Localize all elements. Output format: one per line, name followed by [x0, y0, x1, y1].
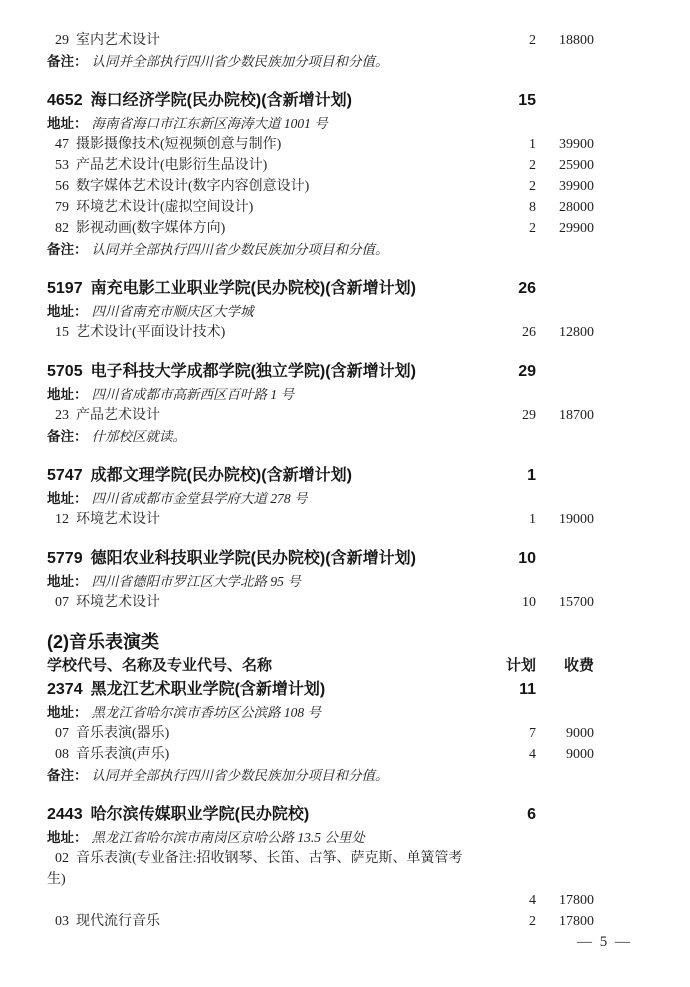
major-fee: 18800 — [536, 30, 594, 51]
major-plan: 2 — [478, 218, 536, 239]
major-fee: 39900 — [536, 176, 594, 197]
major-code: 79 — [47, 197, 76, 218]
address-text: 黑龙江省哈尔滨市香坊区公滨路 108 号 — [92, 705, 322, 720]
major-name-cell: 15艺术设计(平面设计技术) — [47, 322, 478, 343]
major-row: 03现代流行音乐217800 — [47, 911, 594, 932]
address-text: 海南省海口市江东新区海涛大道 1001 号 — [92, 116, 328, 131]
address-text: 四川省南充市顺庆区大学城 — [92, 304, 254, 319]
major-name-cell: 07音乐表演(器乐) — [47, 723, 478, 744]
major-plan: 2 — [478, 30, 536, 51]
school-name: 南充电影工业职业学院(民办院校)(含新增计划) — [91, 280, 416, 297]
school-name-cell: 4652海口经济学院(民办院校)(含新增计划) — [47, 89, 478, 113]
document-page: 29室内艺术设计218800备注：认同并全部执行四川省少数民族加分项目和分值。4… — [0, 0, 690, 987]
school-name-cell: 5779德阳农业科技职业学院(民办院校)(含新增计划) — [47, 547, 478, 571]
table-header-row: 学校代号、名称及专业代号、名称计划收费 — [47, 655, 594, 676]
school-name: 哈尔滨传媒职业学院(民办院校) — [91, 806, 310, 823]
section-heading-text: (2)音乐表演类 — [47, 629, 594, 655]
major-code: 29 — [47, 30, 76, 51]
address-label: 地址： — [47, 491, 92, 506]
major-name-cell: 23产品艺术设计 — [47, 405, 478, 426]
major-row: 08音乐表演(声乐)49000 — [47, 744, 594, 765]
major-fee: 29900 — [536, 218, 594, 239]
major-name: 环境艺术设计 — [76, 595, 160, 610]
school-plan-total: 26 — [478, 277, 536, 301]
major-code: 08 — [47, 744, 76, 765]
major-fee: 17800 — [536, 911, 594, 932]
major-code: 03 — [47, 911, 76, 932]
major-name: 摄影摄像技术(短视频创意与制作) — [76, 137, 281, 152]
major-row: 82影视动画(数字媒体方向)229900 — [47, 218, 594, 239]
major-row: 23产品艺术设计2918700 — [47, 405, 594, 426]
address-label: 地址： — [47, 830, 92, 845]
school-row: 4652海口经济学院(民办院校)(含新增计划)15 — [47, 89, 594, 113]
school-name: 成都文理学院(民办院校)(含新增计划) — [91, 467, 352, 484]
column-header-name: 学校代号、名称及专业代号、名称 — [47, 655, 478, 676]
school-plan-total: 10 — [478, 547, 536, 571]
note-text: 什邡校区就读。 — [92, 429, 187, 444]
major-fee: 39900 — [536, 134, 594, 155]
major-code: 53 — [47, 155, 76, 176]
school-plan-total: 15 — [478, 89, 536, 113]
major-name: 影视动画(数字媒体方向) — [76, 221, 225, 236]
school-row: 2443哈尔滨传媒职业学院(民办院校)6 — [47, 803, 594, 827]
major-row: 07音乐表演(器乐)79000 — [47, 723, 594, 744]
address-row: 地址：海南省海口市江东新区海涛大道 1001 号 — [47, 113, 594, 134]
note-cell: 备注：认同并全部执行四川省少数民族加分项目和分值。 — [47, 51, 594, 72]
major-fee: 18700 — [536, 405, 594, 426]
major-name-cell: 08音乐表演(声乐) — [47, 744, 478, 765]
major-name: 音乐表演(声乐) — [76, 747, 169, 762]
major-name: 现代流行音乐 — [76, 914, 160, 929]
address-label: 地址： — [47, 304, 92, 319]
note-label: 备注： — [47, 768, 92, 783]
major-name: 数字媒体艺术设计(数字内容创意设计) — [76, 179, 309, 194]
major-plan: 2 — [478, 155, 536, 176]
note-row: 备注：什邡校区就读。 — [47, 426, 594, 447]
address-row: 地址：四川省德阳市罗江区大学北路 95 号 — [47, 571, 594, 592]
address-cell: 地址：黑龙江省哈尔滨市香坊区公滨路 108 号 — [47, 702, 594, 723]
note-label: 备注： — [47, 242, 92, 257]
school-code: 5779 — [47, 550, 91, 567]
note-label: 备注： — [47, 54, 92, 69]
major-row: 29室内艺术设计218800 — [47, 30, 594, 51]
school-name-cell: 2374黑龙江艺术职业学院(含新增计划) — [47, 678, 478, 702]
school-code: 2443 — [47, 806, 91, 823]
address-row: 地址：四川省南充市顺庆区大学城 — [47, 301, 594, 322]
address-row: 地址：四川省成都市高新西区百叶路 1 号 — [47, 384, 594, 405]
note-row: 备注：认同并全部执行四川省少数民族加分项目和分值。 — [47, 51, 594, 72]
school-row: 5197南充电影工业职业学院(民办院校)(含新增计划)26 — [47, 277, 594, 301]
major-name-cell: 79环境艺术设计(虚拟空间设计) — [47, 197, 478, 218]
school-name: 黑龙江艺术职业学院(含新增计划) — [91, 681, 326, 698]
address-cell: 地址：四川省南充市顺庆区大学城 — [47, 301, 594, 322]
address-cell: 地址：海南省海口市江东新区海涛大道 1001 号 — [47, 113, 594, 134]
major-name-cell: 03现代流行音乐 — [47, 911, 478, 932]
major-code: 07 — [47, 592, 76, 613]
major-plan: 8 — [478, 197, 536, 218]
major-continuation-row: 417800 — [47, 890, 594, 911]
school-row: 5779德阳农业科技职业学院(民办院校)(含新增计划)10 — [47, 547, 594, 571]
note-text: 认同并全部执行四川省少数民族加分项目和分值。 — [92, 54, 389, 69]
address-row: 地址：黑龙江省哈尔滨市香坊区公滨路 108 号 — [47, 702, 594, 723]
address-label: 地址： — [47, 574, 92, 589]
major-code: 02 — [47, 848, 76, 869]
school-name: 德阳农业科技职业学院(民办院校)(含新增计划) — [91, 550, 416, 567]
school-code: 5197 — [47, 280, 91, 297]
major-code: 47 — [47, 134, 76, 155]
column-header-plan: 计划 — [478, 655, 536, 676]
address-cell: 地址：四川省德阳市罗江区大学北路 95 号 — [47, 571, 594, 592]
page-footer: — 5 — — [577, 934, 632, 951]
major-name-cell: 47摄影摄像技术(短视频创意与制作) — [47, 134, 478, 155]
address-label: 地址： — [47, 387, 92, 402]
school-code: 2374 — [47, 681, 91, 698]
document-rows: 29室内艺术设计218800备注：认同并全部执行四川省少数民族加分项目和分值。4… — [47, 30, 594, 932]
major-row: 07环境艺术设计1015700 — [47, 592, 594, 613]
major-name: 环境艺术设计(虚拟空间设计) — [76, 200, 253, 215]
school-row: 5705电子科技大学成都学院(独立学院)(含新增计划)29 — [47, 360, 594, 384]
major-plan: 4 — [478, 744, 536, 765]
major-plan: 1 — [478, 134, 536, 155]
address-text: 四川省成都市高新西区百叶路 1 号 — [92, 387, 295, 402]
major-row: 47摄影摄像技术(短视频创意与制作)139900 — [47, 134, 594, 155]
school-name-cell: 5705电子科技大学成都学院(独立学院)(含新增计划) — [47, 360, 478, 384]
major-fee: 9000 — [536, 744, 594, 765]
major-plan: 10 — [478, 592, 536, 613]
school-row: 2374黑龙江艺术职业学院(含新增计划)11 — [47, 678, 594, 702]
major-name: 室内艺术设计 — [76, 33, 160, 48]
school-code: 5705 — [47, 363, 91, 380]
major-plan: 2 — [478, 911, 536, 932]
school-name-cell: 2443哈尔滨传媒职业学院(民办院校) — [47, 803, 478, 827]
note-row: 备注：认同并全部执行四川省少数民族加分项目和分值。 — [47, 239, 594, 260]
school-code: 5747 — [47, 467, 91, 484]
major-plan: 26 — [478, 322, 536, 343]
major-code: 07 — [47, 723, 76, 744]
major-row: 53产品艺术设计(电影衍生品设计)225900 — [47, 155, 594, 176]
major-name: 艺术设计(平面设计技术) — [76, 325, 225, 340]
major-fee: 12800 — [536, 322, 594, 343]
note-label: 备注： — [47, 429, 92, 444]
note-cell: 备注：认同并全部执行四川省少数民族加分项目和分值。 — [47, 765, 594, 786]
major-fee: 15700 — [536, 592, 594, 613]
major-name-cell: 56数字媒体艺术设计(数字内容创意设计) — [47, 176, 478, 197]
note-text: 认同并全部执行四川省少数民族加分项目和分值。 — [92, 242, 389, 257]
major-name: 产品艺术设计 — [76, 408, 160, 423]
address-cell: 地址：黑龙江省哈尔滨市南岗区京哈公路 13.5 公里处 — [47, 827, 594, 848]
school-plan-total: 29 — [478, 360, 536, 384]
address-row: 地址：黑龙江省哈尔滨市南岗区京哈公路 13.5 公里处 — [47, 827, 594, 848]
major-plan: 29 — [478, 405, 536, 426]
major-row: 02音乐表演(专业备注:招收钢琴、长笛、古筝、萨克斯、单簧管考生) — [47, 848, 594, 890]
major-code: 15 — [47, 322, 76, 343]
major-row: 12环境艺术设计119000 — [47, 509, 594, 530]
school-row: 5747成都文理学院(民办院校)(含新增计划)1 — [47, 464, 594, 488]
note-cell: 备注：什邡校区就读。 — [47, 426, 594, 447]
major-plan: 7 — [478, 723, 536, 744]
major-name-cell: 12环境艺术设计 — [47, 509, 478, 530]
major-row: 79环境艺术设计(虚拟空间设计)828000 — [47, 197, 594, 218]
major-name-cell: 07环境艺术设计 — [47, 592, 478, 613]
major-fee: 9000 — [536, 723, 594, 744]
school-name: 电子科技大学成都学院(独立学院)(含新增计划) — [91, 363, 416, 380]
major-plan: 4 — [478, 890, 536, 911]
major-code: 23 — [47, 405, 76, 426]
major-name-cell: 53产品艺术设计(电影衍生品设计) — [47, 155, 478, 176]
note-text: 认同并全部执行四川省少数民族加分项目和分值。 — [92, 768, 389, 783]
major-name: 环境艺术设计 — [76, 512, 160, 527]
major-fee: 28000 — [536, 197, 594, 218]
school-plan-total: 11 — [478, 678, 536, 702]
school-plan-total: 1 — [478, 464, 536, 488]
major-name-cell: 02音乐表演(专业备注:招收钢琴、长笛、古筝、萨克斯、单簧管考生) — [47, 848, 478, 890]
address-text: 四川省德阳市罗江区大学北路 95 号 — [92, 574, 301, 589]
column-header-fee: 收费 — [536, 655, 594, 676]
school-name-cell: 5747成都文理学院(民办院校)(含新增计划) — [47, 464, 478, 488]
major-name: 音乐表演(专业备注:招收钢琴、长笛、古筝、萨克斯、单簧管考生) — [47, 851, 463, 887]
address-cell: 地址：四川省成都市金堂县学府大道 278 号 — [47, 488, 594, 509]
major-fee: 19000 — [536, 509, 594, 530]
address-cell: 地址：四川省成都市高新西区百叶路 1 号 — [47, 384, 594, 405]
school-plan-total: 6 — [478, 803, 536, 827]
major-name: 产品艺术设计(电影衍生品设计) — [76, 158, 267, 173]
section-heading: (2)音乐表演类 — [47, 629, 594, 655]
address-text: 黑龙江省哈尔滨市南岗区京哈公路 13.5 公里处 — [92, 830, 365, 845]
major-row: 56数字媒体艺术设计(数字内容创意设计)239900 — [47, 176, 594, 197]
major-plan: 2 — [478, 176, 536, 197]
address-row: 地址：四川省成都市金堂县学府大道 278 号 — [47, 488, 594, 509]
note-row: 备注：认同并全部执行四川省少数民族加分项目和分值。 — [47, 765, 594, 786]
major-fee: 25900 — [536, 155, 594, 176]
address-label: 地址： — [47, 705, 92, 720]
school-name: 海口经济学院(民办院校)(含新增计划) — [91, 92, 352, 109]
major-plan: 1 — [478, 509, 536, 530]
major-code: 56 — [47, 176, 76, 197]
major-name-cell: 82影视动画(数字媒体方向) — [47, 218, 478, 239]
major-row: 15艺术设计(平面设计技术)2612800 — [47, 322, 594, 343]
school-name-cell: 5197南充电影工业职业学院(民办院校)(含新增计划) — [47, 277, 478, 301]
school-code: 4652 — [47, 92, 91, 109]
major-code: 82 — [47, 218, 76, 239]
note-cell: 备注：认同并全部执行四川省少数民族加分项目和分值。 — [47, 239, 594, 260]
address-label: 地址： — [47, 116, 92, 131]
major-code: 12 — [47, 509, 76, 530]
major-name: 音乐表演(器乐) — [76, 726, 169, 741]
major-name-cell: 29室内艺术设计 — [47, 30, 478, 51]
address-text: 四川省成都市金堂县学府大道 278 号 — [92, 491, 308, 506]
major-fee: 17800 — [536, 890, 594, 911]
